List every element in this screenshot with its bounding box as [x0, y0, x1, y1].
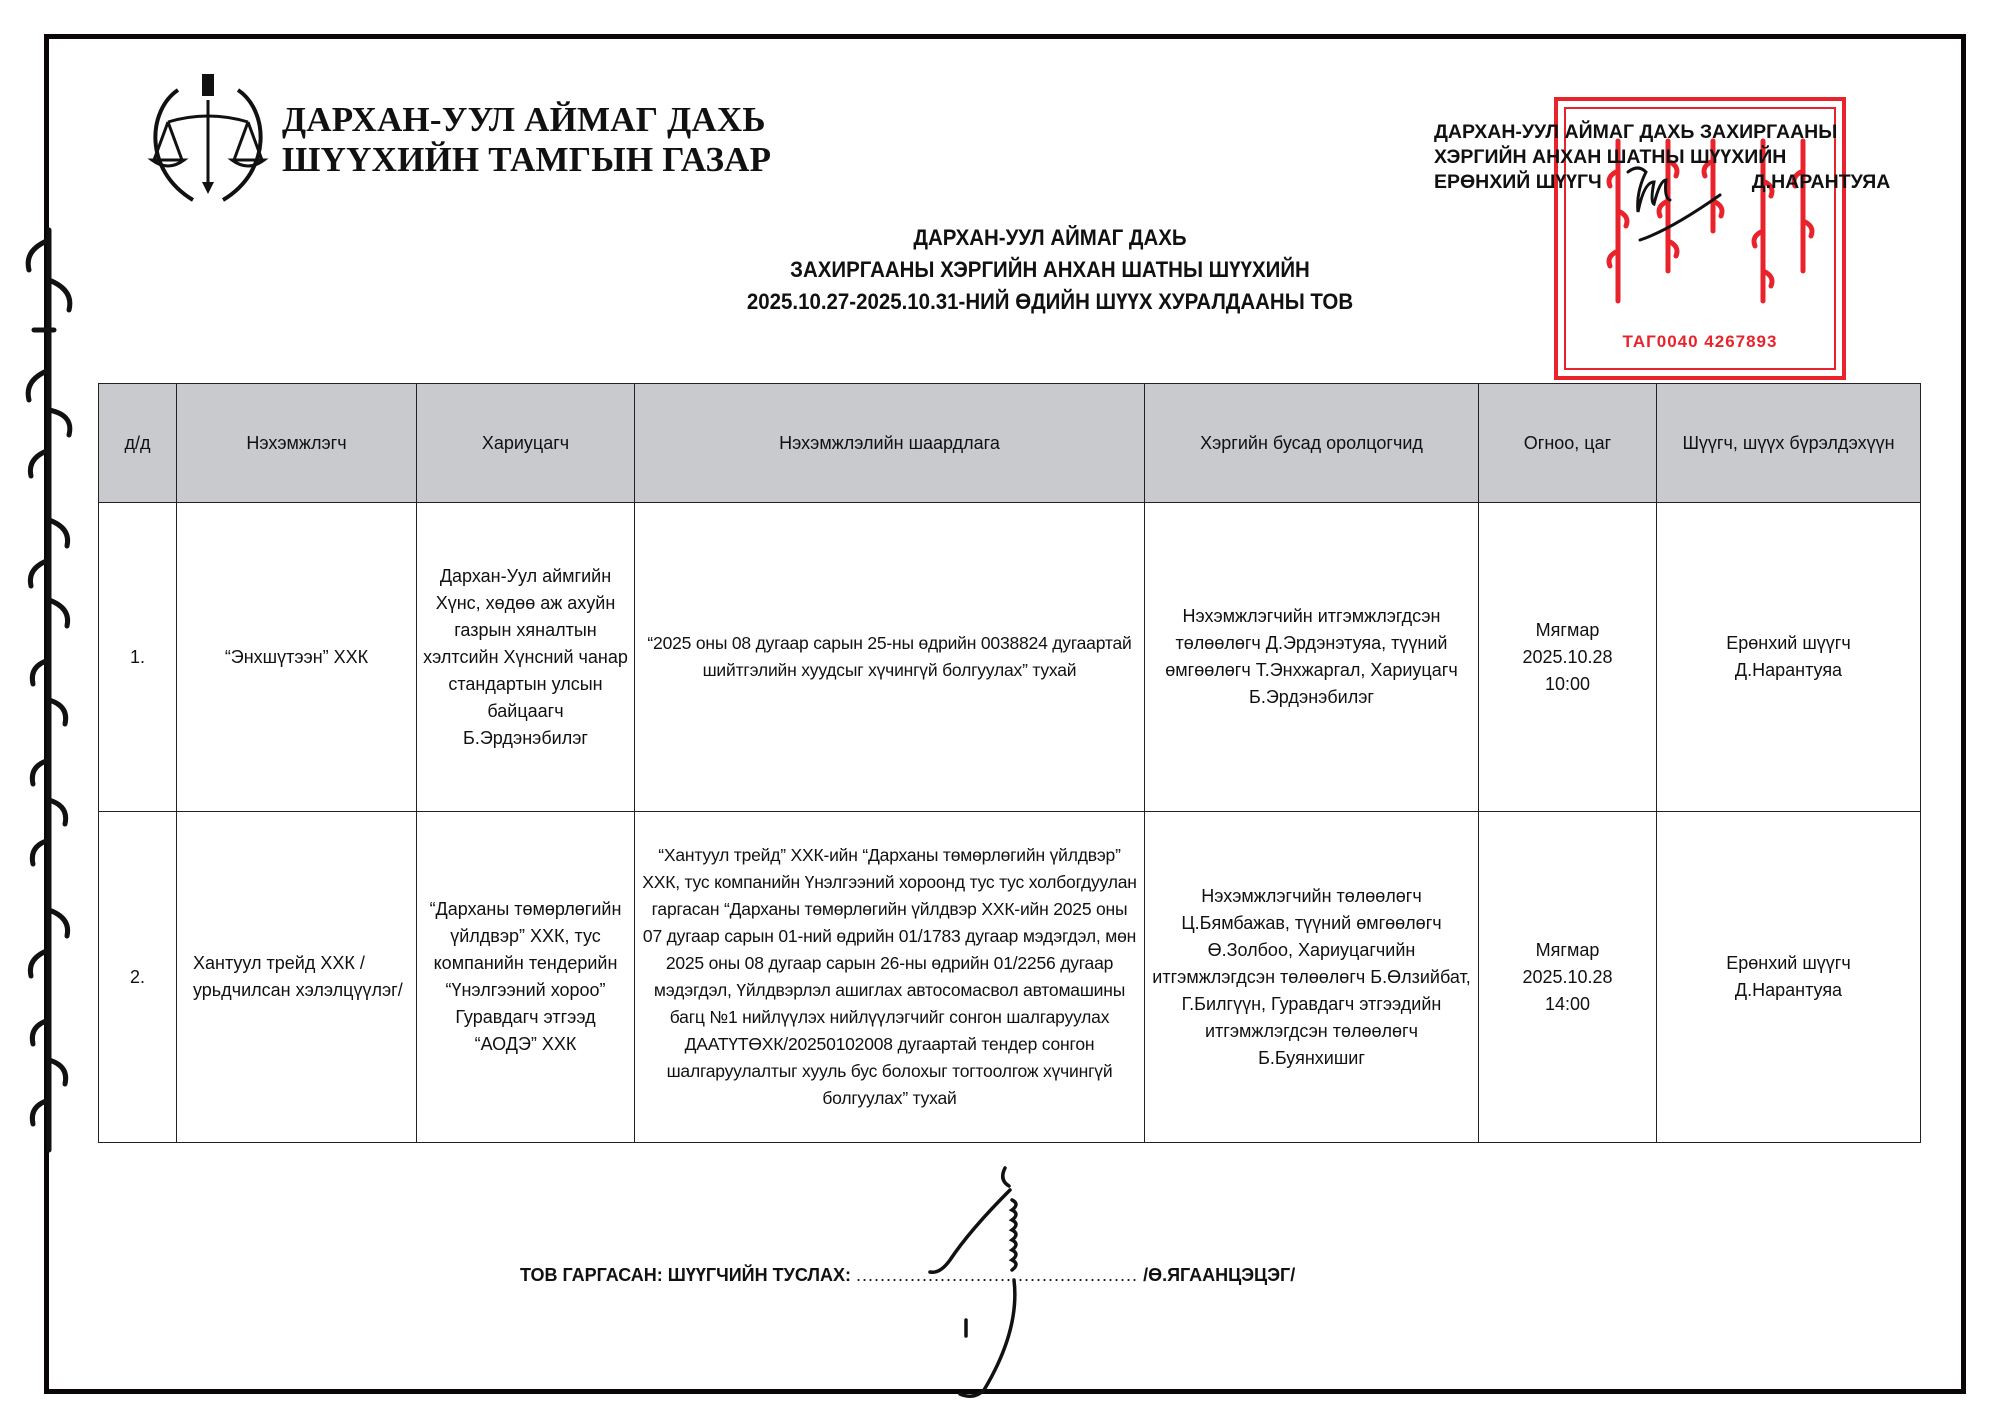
datetime-cell: Мягмар 2025.10.28 10:00 — [1479, 503, 1657, 812]
judge-title: Ерөнхий шүүгч — [1663, 950, 1914, 977]
court-name-line2: ШҮҮХИЙН ТАМГЫН ГАЗАР — [282, 140, 771, 180]
approval-judge-name: Д.НАРАНТУЯА — [1752, 170, 1891, 195]
defendant-cell: Дархан-Уул аймгийн Хүнс, хөдөө аж ахуйн … — [417, 503, 635, 812]
datetime-cell: Мягмар 2025.10.28 14:00 — [1479, 812, 1657, 1143]
column-header-judge: Шүүгч, шүүх бүрэлдэхүүн — [1657, 384, 1921, 503]
plaintiff-cell: “Энхшүтээн” ХХК — [177, 503, 417, 812]
table-row: 2. Хантуул трейд ХХК /урьдчилсан хэлэлцү… — [99, 812, 1921, 1143]
scales-of-justice-emblem-icon — [138, 70, 278, 210]
column-header-no: д/д — [99, 384, 177, 503]
claim-cell: “Хантуул трейд” ХХК-ийн “Дарханы төмөрлө… — [635, 812, 1145, 1143]
approval-line1: ДАРХАН-УУЛ АЙМАГ ДАХЬ ЗАХИРГААНЫ — [1434, 120, 1890, 145]
approval-judge-title: ЕРӨНХИЙ ШҮҮГЧ — [1434, 170, 1602, 195]
title-line2: ЗАХИРГААНЫ ХЭРГИЙН АНХАН ШАТНЫ ШҮҮХИЙН — [539, 254, 1562, 286]
judge-cell: Ерөнхий шүүгч Д.Нарантуяа — [1657, 503, 1921, 812]
hearing-time: 10:00 — [1485, 671, 1650, 698]
hearing-day: Мягмар — [1485, 937, 1650, 964]
row-number: 2. — [99, 812, 177, 1143]
title-line3: 2025.10.27-2025.10.31-НИЙ ӨДИЙН ШҮҮХ ХУР… — [539, 286, 1562, 318]
hearing-date: 2025.10.28 — [1485, 644, 1650, 671]
court-name-line1: ДАРХАН-УУЛ АЙМАГ ДАХЬ — [282, 100, 771, 140]
column-header-participants: Хэргийн бусад оролцогчид — [1145, 384, 1479, 503]
stamp-code: ТАГ0040 4267893 — [1558, 332, 1842, 352]
title-line1: ДАРХАН-УУЛ АЙМАГ ДАХЬ — [539, 222, 1562, 254]
assistant-signature-icon — [900, 1160, 1050, 1400]
hearing-day: Мягмар — [1485, 617, 1650, 644]
judge-signature-icon — [1620, 160, 1730, 250]
judge-name: Д.Нарантуяа — [1663, 977, 1914, 1004]
column-header-plaintiff: Нэхэмжлэгч — [177, 384, 417, 503]
table-row: 1. “Энхшүтээн” ХХК Дархан-Уул аймгийн Хү… — [99, 503, 1921, 812]
hearing-time: 14:00 — [1485, 991, 1650, 1018]
claim-cell: “2025 оны 08 дугаар сарын 25-ны өдрийн 0… — [635, 503, 1145, 812]
defendant-cell: “Дарханы төмөрлөгийн үйлдвэр” ХХК, тус к… — [417, 812, 635, 1143]
judge-title: Ерөнхий шүүгч — [1663, 630, 1914, 657]
court-name: ДАРХАН-УУЛ АЙМАГ ДАХЬ ШҮҮХИЙН ТАМГЫН ГАЗ… — [282, 100, 771, 180]
participants-cell: Нэхэмжлэгчийн итгэмжлэгдсэн төлөөлөгч Д.… — [1145, 503, 1479, 812]
table-header-row: д/д Нэхэмжлэгч Хариуцагч Нэхэмжлэлийн ша… — [99, 384, 1921, 503]
document-title: ДАРХАН-УУЛ АЙМАГ ДАХЬ ЗАХИРГААНЫ ХЭРГИЙН… — [539, 222, 1562, 318]
column-header-defendant: Хариуцагч — [417, 384, 635, 503]
participants-cell: Нэхэмжлэгчийн төлөөлөгч Ц.Бямбажав, түүн… — [1145, 812, 1479, 1143]
hearing-schedule-table: д/д Нэхэмжлэгч Хариуцагч Нэхэмжлэлийн ша… — [98, 383, 1921, 1143]
plaintiff-cell: Хантуул трейд ХХК /урьдчилсан хэлэлцүүлэ… — [177, 812, 417, 1143]
column-header-datetime: Огноо, цаг — [1479, 384, 1657, 503]
mongolian-script-icon — [4, 220, 94, 1160]
column-header-claim: Нэхэмжлэлийн шаардлага — [635, 384, 1145, 503]
row-number: 1. — [99, 503, 177, 812]
assistant-name: /Ө.ЯГААНЦЭЦЭГ/ — [1143, 1265, 1295, 1285]
prepared-by-label: ТОВ ГАРГАСАН: ШҮҮГЧИЙН ТУСЛАХ: — [520, 1265, 851, 1285]
hearing-date: 2025.10.28 — [1485, 964, 1650, 991]
judge-name: Д.Нарантуяа — [1663, 657, 1914, 684]
judge-cell: Ерөнхий шүүгч Д.Нарантуяа — [1657, 812, 1921, 1143]
